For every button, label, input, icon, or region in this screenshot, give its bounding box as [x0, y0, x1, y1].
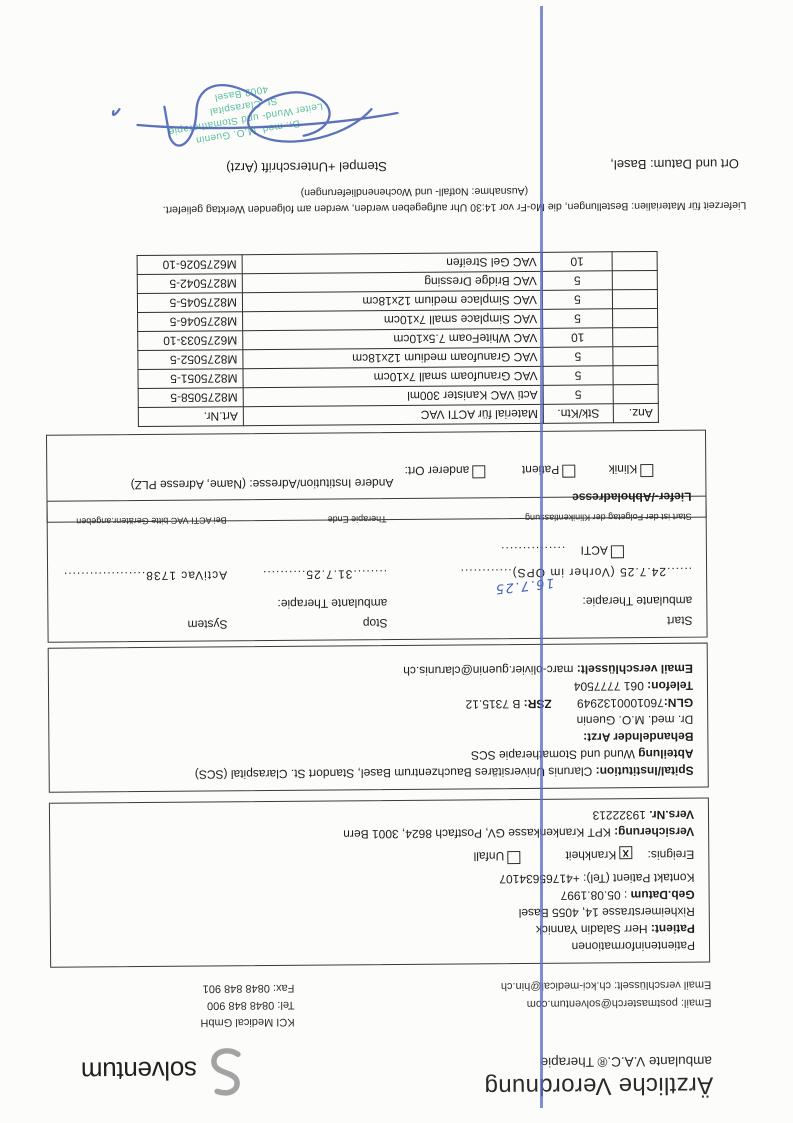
- klinik-checkbox: [640, 464, 653, 477]
- cell-material: VAC Granufoam small 7x10cm: [243, 366, 543, 387]
- acti-line: ACTI ...............: [500, 541, 624, 559]
- zsr-label: ZSR:: [524, 697, 552, 711]
- krankheit-checkbox: X: [619, 846, 632, 859]
- patient-checkbox: [562, 465, 575, 478]
- cell-qty: 5: [543, 347, 613, 367]
- company-contact-block: KCI Medical GmbH Tel: 0848 848 900 Fax: …: [200, 979, 295, 1031]
- telefon-label: Telefon:: [647, 679, 693, 693]
- krankheit-checkmark: X: [623, 847, 629, 858]
- scanned-document-page: Ärztliche Verordnung ambulante V.A.C.® T…: [0, 0, 793, 1123]
- versnr-label: Vers.Nr.: [649, 808, 694, 822]
- anderer-ort-checkbox: [472, 465, 485, 478]
- cell-anz: [612, 270, 657, 289]
- cell-anz: [613, 384, 658, 403]
- patient-option: Patient: [522, 461, 575, 478]
- cell-artnr: M8275046-5: [138, 312, 243, 332]
- cell-anz: [612, 251, 657, 270]
- cell-qty: 5: [542, 271, 612, 291]
- acti-checkbox: [611, 545, 624, 558]
- header-email-line: Email: postmasterch@solventum.com: [501, 993, 712, 1012]
- versnr-value: 19322213: [593, 808, 650, 822]
- spital-value: Clarunis Universitäres Bauchzentrum Base…: [195, 764, 596, 781]
- cell-anz: [612, 289, 657, 308]
- ereignis-line: Ereignis: XKrankheit Unfall: [64, 846, 694, 868]
- anderer-ort-label: anderer Ort:: [405, 463, 470, 478]
- page-title: Ärztliche Verordnung: [484, 1071, 713, 1101]
- therapy-start-date: ......24.7.25 (Vorher im OPS)...........…: [460, 563, 693, 582]
- rotated-document: Ärztliche Verordnung ambulante V.A.C.® T…: [0, 0, 793, 1123]
- patient-label: Patient:: [651, 922, 695, 936]
- abteilung-value: Wund und Stomatherapie SCS: [471, 747, 638, 762]
- klinik-label: Klinik: [609, 462, 638, 476]
- cell-qty: 5: [543, 385, 613, 405]
- materials-table: Anz. Stk/Ktn. Material für ACTI VAC Art.…: [137, 251, 659, 427]
- therapy-stop-date: ........31.7.25..........: [262, 565, 387, 583]
- gln-label: GLN:: [664, 696, 693, 710]
- solventum-s-mark-icon: [207, 1041, 247, 1098]
- cell-material: VAC Bridge Dressing: [242, 271, 542, 292]
- cell-artnr: M8275045-5: [137, 293, 242, 313]
- krankheit-label: Krankheit: [566, 848, 617, 862]
- cell-artnr: M8275058-5: [138, 388, 243, 408]
- therapy-stop-sublabel: ambulante Therapie:: [277, 594, 387, 612]
- cell-material: VAC Gel Streifen: [242, 252, 542, 273]
- patient-info-box: Patienteninformationen Patient: Herr Sal…: [49, 798, 710, 968]
- cell-artnr: M8275051-5: [138, 369, 243, 389]
- cell-qty: 5: [543, 309, 613, 329]
- therapy-stop-header: Stop: [363, 614, 388, 631]
- company-fax: Fax: 0848 848 901: [200, 979, 294, 997]
- spital-label: Spital/Institution:: [596, 764, 694, 779]
- patient-value: Herr Saladin Yannick: [536, 922, 651, 937]
- scanner-artifact-line: [540, 6, 543, 1108]
- cell-material: VAC WhiteFoam 7.5x10cm: [243, 328, 543, 349]
- unfall-checkbox: [507, 851, 520, 864]
- solventum-logo: solventum: [81, 1041, 247, 1099]
- cell-anz: [613, 346, 658, 365]
- arzt-email-value: marc-olivier.guenin@clarunis.ch: [403, 663, 577, 678]
- arzt-email-label: Email verschlüsselt:: [577, 662, 693, 677]
- hospital-box: Spital/Institution: Clarunis Universitär…: [48, 643, 709, 793]
- unfall-label: Unfall: [473, 849, 504, 863]
- cell-qty: 10: [543, 328, 613, 348]
- delivery-time-note-exception: (Ausnahme: Notfall- und Wochenendlieferu…: [301, 185, 529, 199]
- page-subtitle: ambulante V.A.C.® Therapie: [541, 1054, 712, 1070]
- cell-anz: [613, 327, 658, 346]
- cell-qty: 5: [542, 290, 612, 310]
- telefon-value: 061 7777504: [574, 679, 648, 694]
- signature-icon: [81, 46, 402, 174]
- col-header-material: Material für ACTI VAC: [243, 404, 543, 425]
- cell-material: VAC Granufoam medium 12x18cm: [243, 347, 543, 368]
- delivery-time-note: Lieferzeit für Materialien: Bestellungen…: [26, 199, 746, 217]
- company-name: KCI Medical GmbH: [200, 1013, 294, 1031]
- col-header-stk: Stk/Ktn.: [543, 404, 613, 424]
- therapy-start-header: Start: [667, 612, 692, 629]
- cell-qty: 5: [543, 366, 613, 386]
- cell-artnr: M6275026-10: [137, 255, 242, 275]
- cell-artnr: M8275042-5: [137, 274, 242, 294]
- col-header-anz: Anz.: [613, 403, 658, 422]
- acti-dots: ...............: [500, 544, 565, 559]
- col-header-artnr: Art.Nr.: [138, 407, 243, 427]
- dob-label: Geb.Datum: [631, 888, 695, 903]
- zsr-value: B 7315.12: [466, 697, 524, 711]
- cell-artnr: M6275033-10: [138, 331, 243, 351]
- header-emails: Email: postmasterch@solventum.com Email …: [501, 975, 712, 1012]
- versicherung-label: Versicherung:: [614, 825, 694, 840]
- klinik-option: Klinik: [609, 460, 654, 477]
- acti-label: ACTI: [581, 543, 608, 557]
- therapy-start-sublabel: ambulante Therapie:: [582, 592, 692, 610]
- anderer-ort-option: anderer Ort:: [405, 461, 486, 479]
- delivery-label: Liefer-/Abholadresse: [572, 488, 692, 506]
- cell-material: Acti VAC Kanister 300ml: [243, 385, 543, 406]
- cell-material: VAC Simplace medium 12x18cm: [242, 290, 542, 311]
- therapy-system-header: System: [187, 615, 227, 632]
- dob-value: : 05.08.1997: [560, 888, 630, 903]
- versicherung-value: KPT Krankenkasse GV, Postfach 8624, 3001…: [343, 825, 614, 841]
- cell-anz: [613, 308, 658, 327]
- ort-datum-line: Ort und Datum: Basel,: [610, 156, 739, 172]
- gln-value: 7601000132949: [577, 696, 664, 711]
- delivery-address-box: Liefer-/Abholadresse Andere Institution/…: [46, 430, 707, 523]
- cell-material: VAC Simplace small 7x10cm: [243, 309, 543, 330]
- solventum-wordmark: solventum: [81, 1055, 197, 1087]
- cell-qty: 10: [542, 252, 612, 272]
- cell-artnr: M8275052-5: [138, 350, 243, 370]
- andere-institution-label: Andere Institution/Adresse: (Name, Adres…: [131, 474, 394, 493]
- cell-anz: [613, 365, 658, 384]
- header-email-encrypted-line: Email verschlüsselt: ch.kci-medical@hin.…: [501, 975, 712, 994]
- company-tel: Tel: 0848 848 900: [200, 996, 294, 1014]
- abteilung-label: Abteilung: [638, 747, 693, 761]
- therapy-system-value: ActiVac 1738...................: [63, 566, 227, 584]
- ereignis-label: Ereignis:: [648, 848, 695, 862]
